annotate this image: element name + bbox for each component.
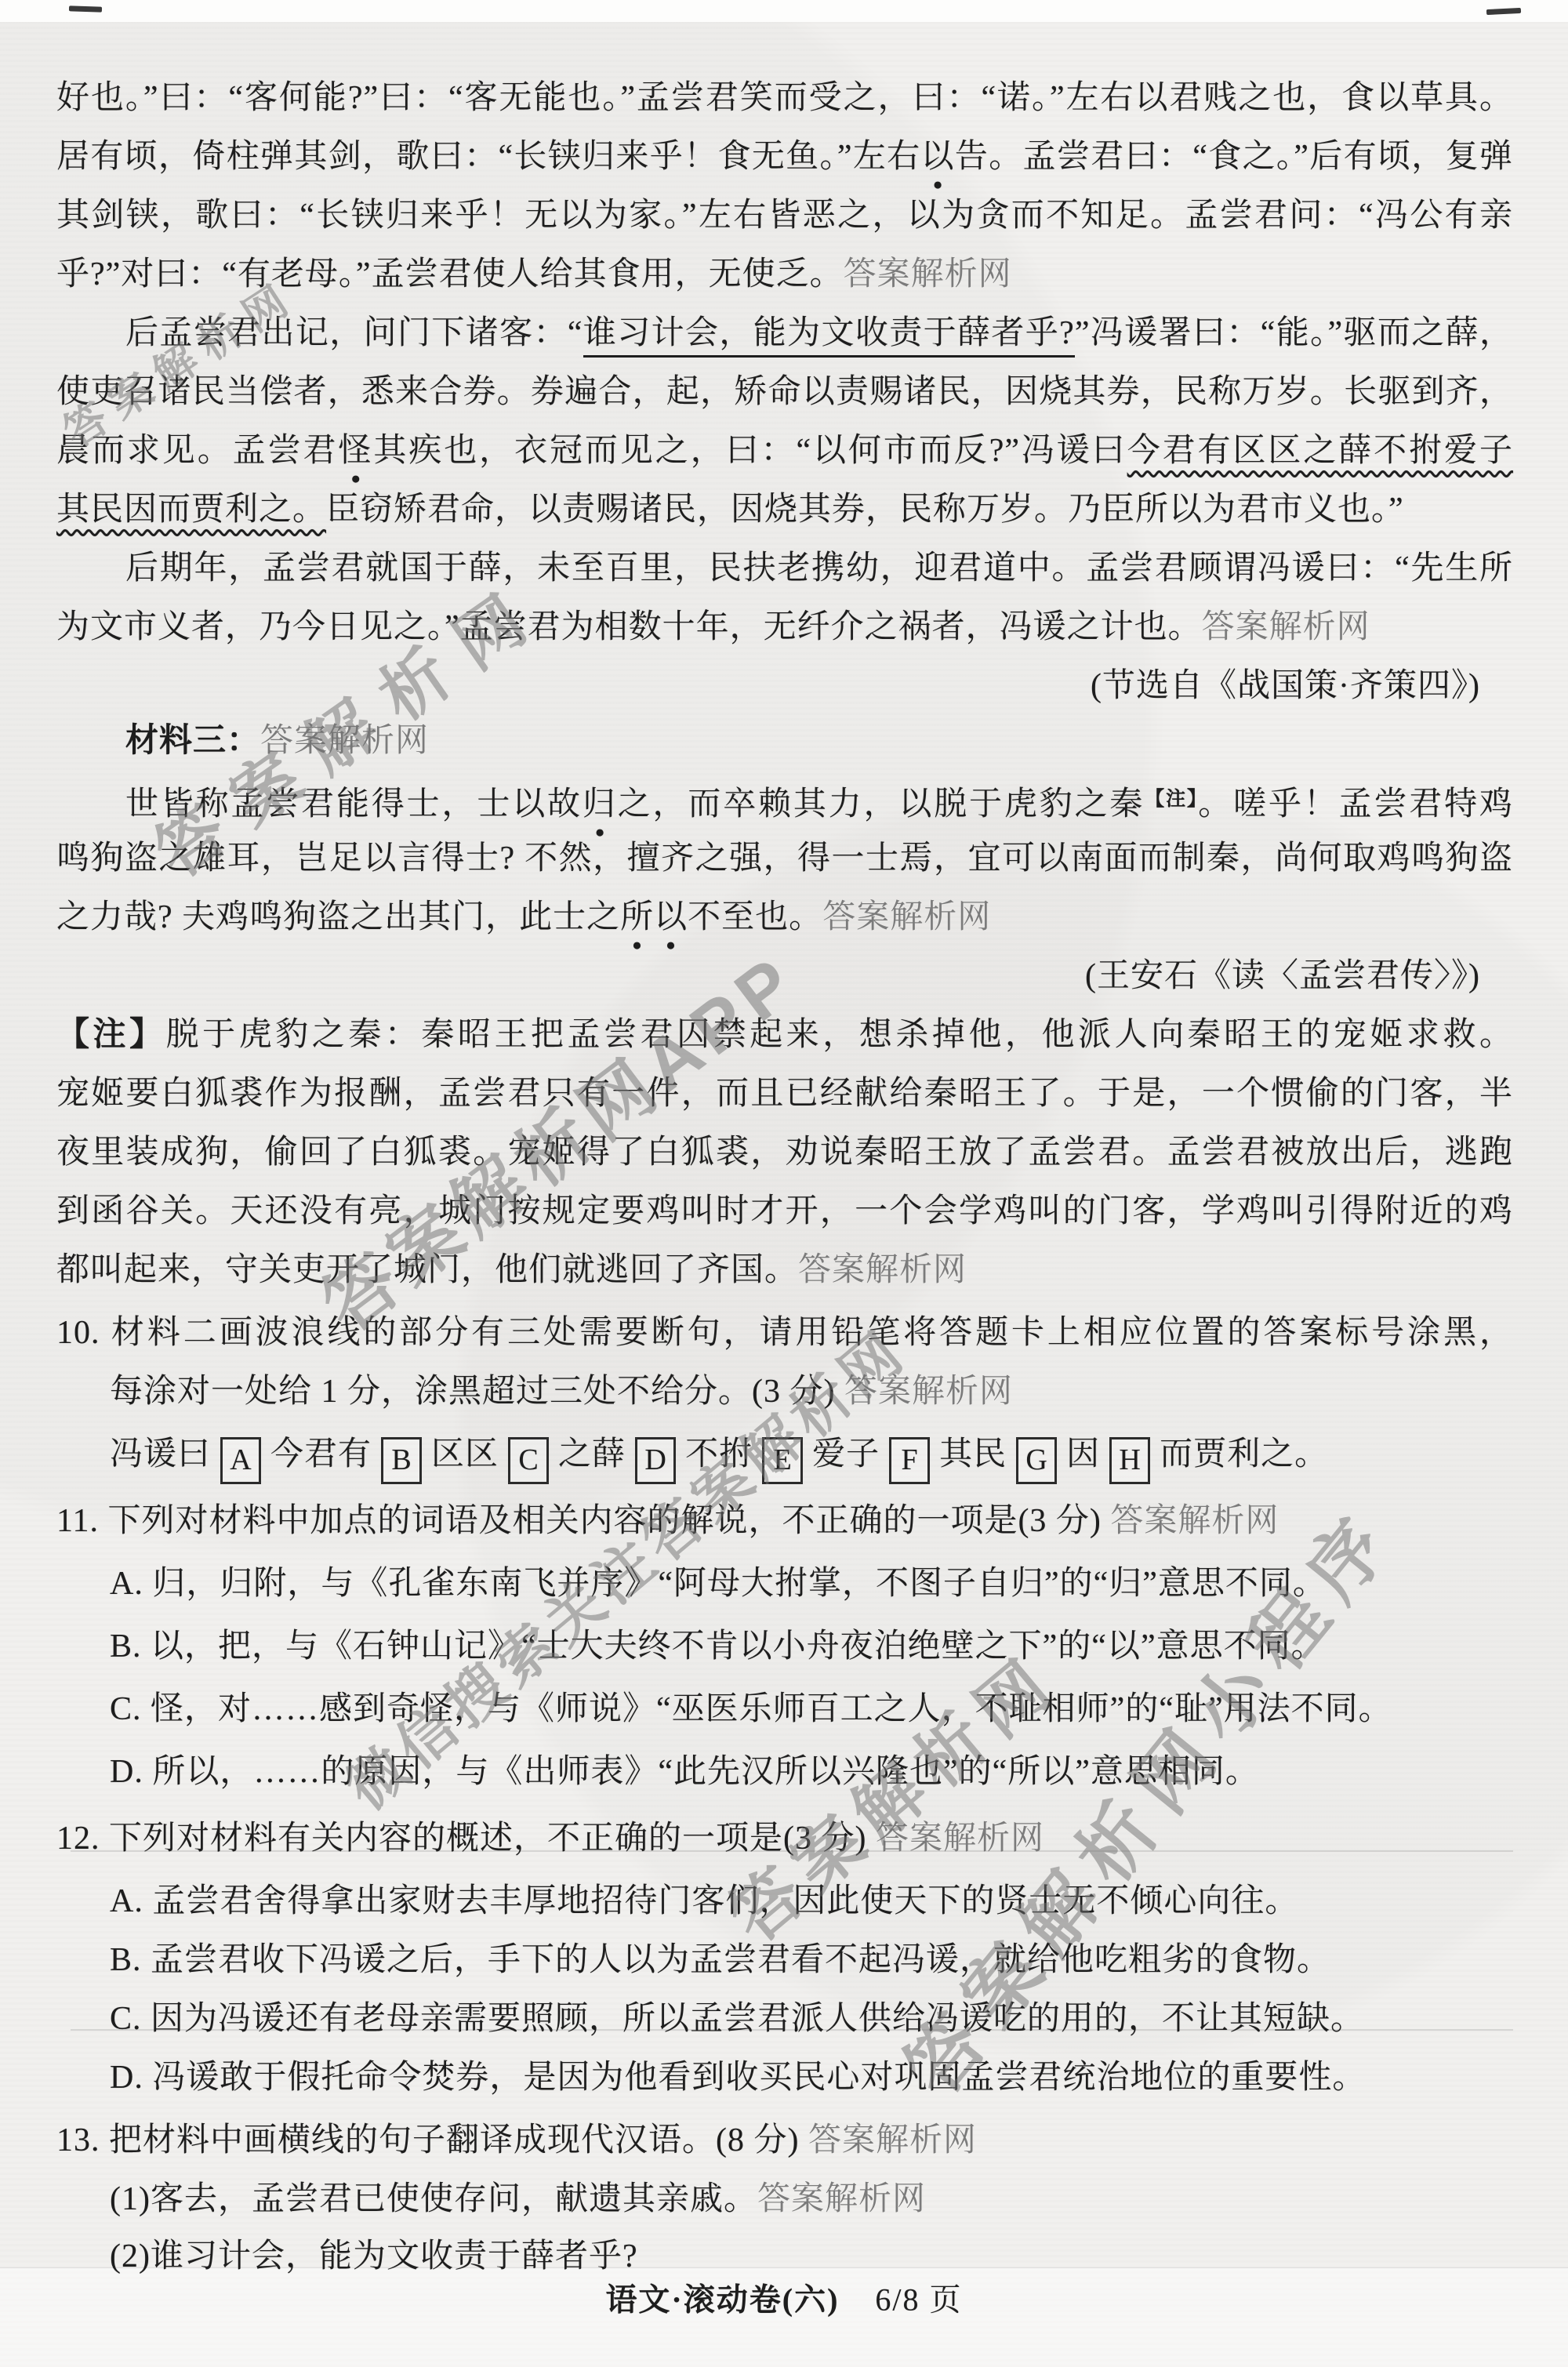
text-line: 夜里装成狗，偷回了白狐裘。宠姬得了白狐裘，劝说秦昭王放了孟尝君。孟尝君被放出后，…: [56, 1127, 1513, 1178]
text-segment: 今君有: [270, 1436, 372, 1472]
text-segment: (2)谁习计会，能为文收责于薛者乎?: [110, 2238, 638, 2274]
text-line: A. 孟尝君舍得拿出家财去丰厚地招待门客们，因此使天下的贤士无不倾心向往。: [110, 1876, 1513, 1926]
text-segment: D. 所以，……的原因，与《出师表》“此先汉所以兴隆也”的“所以”意思相同。: [110, 1754, 1259, 1790]
text-segment: 后期年，孟尝君就国于薛，未至百里，民扶老携幼，迎君道中。孟尝君顾谓冯谖曰：“先生…: [125, 550, 1513, 586]
text-line: (王安石《读〈孟尝君传〉》): [56, 951, 1513, 1001]
text-line: 鸣狗盗之雄耳，岂足以言得士? 不然，擅齐之强，得一士焉，宜可以南面而制秦，尚何取…: [56, 833, 1513, 884]
answer-box: F: [889, 1437, 930, 1484]
text-line: 乎?”对曰：“有老母。”孟尝君使人给其食用，无使乏。答案解析网: [56, 249, 1513, 300]
text-segment: 之力哉? 夫鸡鸣狗盗之出其门，此士之: [56, 899, 620, 935]
text-segment: 之，而卒赖其力，以脱于虎豹之秦: [618, 786, 1145, 822]
text-line: A. 归，归附，与《孔雀东南飞并序》“阿母大拊掌，不图子自归”的“归”意思不同。: [110, 1559, 1513, 1609]
text-segment: 谁习计会，能为文收责于薛者乎?: [583, 315, 1075, 358]
text-line: 材料三：答案解析网: [56, 716, 1513, 766]
answer-box: B: [381, 1437, 422, 1484]
text-segment: 不拊: [685, 1436, 753, 1472]
text-segment: 10. 材料二画波浪线的部分有三处需要断句，请用铅笔将答题卡上相应位置的答案标号…: [56, 1315, 1513, 1351]
text-segment: 因: [1066, 1436, 1100, 1472]
text-segment: 不至也。: [688, 899, 822, 935]
text-segment: A. 归，归附，与《孔雀东南飞并序》“阿母大拊掌，不图子自归”的“归”意思不同。: [110, 1566, 1327, 1602]
text-line: 13. 把材料中画横线的句子翻译成现代汉语。(8 分) 答案解析网: [56, 2115, 1513, 2166]
text-segment: 【注】: [56, 1017, 166, 1053]
text-line: B. 以，把，与《石钟山记》“士大夫终不肯以小舟夜泊绝壁之下”的“以”意思不同。: [110, 1621, 1513, 1672]
scan-mark-left: [69, 5, 102, 12]
text-segment: 其疾也，衣冠而见之，曰：“以何市而反?”冯谖曰: [373, 433, 1127, 469]
text-line: 为文市义者，乃今日见之。”孟尝君为相数十年，无纤介之祸者，冯谖之计也。答案解析网: [56, 602, 1513, 652]
text-segment: 晨而求见。孟尝君: [56, 433, 338, 469]
text-segment: 12. 下列对材料有关内容的概述，不正确的一项是(3 分): [56, 1821, 876, 1857]
text-segment: C. 怪，对……感到奇怪，与《师说》“巫医乐师百工之人，不耻相师”的“耻”用法不…: [110, 1691, 1392, 1727]
text-segment: 冯谖曰: [110, 1436, 211, 1472]
text-segment: B. 孟尝君收下冯谖之后，手下的人以为孟尝君看不起冯谖，就给他吃粗劣的食物。: [110, 1942, 1330, 1978]
text-segment: 13. 把材料中画横线的句子翻译成现代汉语。(8 分): [56, 2122, 808, 2158]
text-line: 宠姬要白狐裘作为报酬，孟尝君只有一件，而且已经献给秦昭王了。于是，一个惯偷的门客…: [56, 1069, 1513, 1119]
text-segment: 脱于虎豹之秦：秦昭王把孟尝君囚禁起来，想杀掉他，他派人向秦昭王的宠姬求救。: [166, 1017, 1513, 1053]
text-segment: 其剑铗，歌曰：“长铗归来乎！无以为家。”左右皆恶之，以为贪而不知足。孟尝君问：“…: [56, 198, 1513, 234]
watermark-inline-text: 答案解析网: [808, 2122, 977, 2158]
text-line: 冯谖曰A今君有B区区C之薛D不拊E爱子F其民G因H而贾利之。: [110, 1429, 1513, 1479]
watermark-inline-text: 答案解析网: [757, 2181, 926, 2217]
text-line: 12. 下列对材料有关内容的概述，不正确的一项是(3 分) 答案解析网: [56, 1813, 1513, 1864]
text-segment: 其民: [939, 1436, 1007, 1472]
text-line: 11. 下列对材料中加点的词语及相关内容的解说，不正确的一项是(3 分) 答案解…: [56, 1496, 1513, 1546]
page-footer: 语文·滚动卷(六)6/8 页: [0, 2275, 1568, 2320]
text-segment: (1)客去，孟尝君已使使存问，献遗其亲戚。: [110, 2181, 757, 2217]
text-segment: 夜里装成狗，偷回了白狐裘。宠姬得了白狐裘，劝说秦昭王放了孟尝君。孟尝君被放出后，…: [56, 1134, 1513, 1171]
text-segment: 世皆称孟尝君能得士，士以故: [125, 786, 583, 822]
text-line: 到函谷关。天还没有亮，城门按规定要鸡叫时才开，一个会学鸡叫的门客，学鸡叫引得附近…: [56, 1186, 1513, 1236]
watermark-inline-text: 答案解析网: [844, 1374, 1013, 1410]
text-line: (2)谁习计会，能为文收责于薛者乎?: [110, 2231, 1513, 2282]
text-segment: D. 冯谖敢于假托命令焚券，是因为他看到收买民心对巩固孟尝君统治地位的重要性。: [110, 2060, 1366, 2096]
text-segment: 到函谷关。天还没有亮，城门按规定要鸡叫时才开，一个会学鸡叫的门客，学鸡叫引得附近…: [56, 1193, 1513, 1229]
text-line: C. 怪，对……感到奇怪，与《师说》“巫医乐师百工之人，不耻相师”的“耻”用法不…: [110, 1684, 1513, 1734]
text-segment: 宠姬要白狐裘作为报酬，孟尝君只有一件，而且已经献给秦昭王了。于是，一个惯偷的门客…: [56, 1076, 1513, 1112]
answer-box: E: [762, 1437, 803, 1484]
watermark-inline-text: 答案解析网: [822, 899, 991, 935]
text-segment: 居有顷，倚柱弹其剑，歌曰：“长铗归来乎！食无鱼。”左右: [56, 139, 921, 175]
text-segment: 之薛: [558, 1436, 626, 1472]
text-line: D. 所以，……的原因，与《出师表》“此先汉所以兴隆也”的“所以”意思相同。: [110, 1747, 1513, 1797]
answer-box: D: [635, 1437, 676, 1484]
text-line: (节选自《战国策·齐策四》): [56, 661, 1513, 711]
answer-box: G: [1016, 1437, 1057, 1484]
text-segment: 【注】: [1145, 789, 1198, 810]
footer-page-number: 6/8 页: [875, 2282, 962, 2318]
text-segment: 材料三：: [125, 723, 260, 759]
text-segment: 好也。”曰：“客何能?”曰：“客无能也。”孟尝君笑而受之，曰：“诺。”左右以君贱…: [56, 80, 1513, 116]
text-segment: 归: [583, 786, 618, 822]
text-segment: 今君有区区之薛不拊爱子: [1127, 433, 1513, 469]
text-line: 居有顷，倚柱弹其剑，歌曰：“长铗归来乎！食无鱼。”左右以告。孟尝君曰：“食之。”…: [56, 132, 1513, 182]
text-line: 后期年，孟尝君就国于薛，未至百里，民扶老携幼，迎君道中。孟尝君顾谓冯谖曰：“先生…: [56, 543, 1513, 594]
text-line: 其民因而贾利之。臣窃矫君命，以责赐诸民，因烧其券，民称万岁。乃臣所以为君市义也。…: [56, 485, 1513, 535]
text-segment: 为文市义者，乃今日见之。”孟尝君为相数十年，无纤介之祸者，冯谖之计也。: [56, 609, 1202, 645]
text-line: 每涂对一处给 1 分，涂黑超过三处不给分。(3 分) 答案解析网: [110, 1367, 1513, 1417]
text-segment: (节选自《战国策·齐策四》): [1091, 668, 1480, 704]
text-segment: 后孟尝君出记，问门下诸客：“: [125, 315, 583, 351]
watermark-inline-text: 答案解析网: [798, 1252, 967, 1288]
exam-page-scan: { "document": { "footer": { "left": "语文·…: [0, 0, 1568, 2367]
text-segment: 使吏召诸民当偿者，悉来合券。券遍合，起，矫命以责赐诸民，因烧其券，民称万岁。长驱…: [56, 374, 1513, 410]
text-line: B. 孟尝君收下冯谖之后，手下的人以为孟尝君看不起冯谖，就给他吃粗劣的食物。: [110, 1935, 1513, 1985]
text-line: 【注】脱于虎豹之秦：秦昭王把孟尝君囚禁起来，想杀掉他，他派人向秦昭王的宠姬求救。: [56, 1010, 1513, 1060]
text-segment: ”冯谖署曰：“能。”驱而之薛，: [1075, 315, 1513, 351]
text-line: 其剑铗，歌曰：“长铗归来乎！无以为家。”左右皆恶之，以为贪而不知足。孟尝君问：“…: [56, 191, 1513, 241]
text-line: (1)客去，孟尝君已使使存问，献遗其亲戚。答案解析网: [110, 2174, 1513, 2224]
text-segment: 鸣狗盗之雄耳，岂足以言得士? 不然，擅齐之强，得一士焉，宜可以南面而制秦，尚何取…: [56, 840, 1513, 877]
text-segment: 区区: [431, 1436, 499, 1472]
watermark-inline-text: 答案解析网: [1202, 609, 1370, 645]
text-segment: 告。孟尝君曰：“食之。”后有顷，复弹: [955, 139, 1513, 175]
answer-box: A: [220, 1437, 261, 1484]
text-line: 都叫起来，守关吏开了城门，他们就逃回了齐国。答案解析网: [56, 1245, 1513, 1295]
text-segment: B. 以，把，与《石钟山记》“士大夫终不肯以小舟夜泊绝壁之下”的“以”意思不同。: [110, 1628, 1325, 1665]
text-line: 后孟尝君出记，问门下诸客：“谁习计会，能为文收责于薛者乎?”冯谖署曰：“能。”驱…: [56, 308, 1513, 358]
scan-top-edge: [0, 0, 1568, 22]
text-line: C. 因为冯谖还有老母亲需要照顾，所以孟尝君派人供给冯谖吃的用的，不让其短缺。: [110, 1994, 1513, 2044]
text-segment: (王安石《读〈孟尝君传〉》): [1085, 958, 1480, 994]
text-segment: A. 孟尝君舍得拿出家财去丰厚地招待门客们，因此使天下的贤士无不倾心向往。: [110, 1883, 1298, 1919]
text-segment: 而贾利之。: [1160, 1436, 1328, 1472]
text-segment: C. 因为冯谖还有老母亲需要照顾，所以孟尝君派人供给冯谖吃的用的，不让其短缺。: [110, 2001, 1364, 2037]
answer-box: C: [508, 1437, 549, 1484]
text-segment: 乎?”对曰：“有老母。”孟尝君使人给其食用，无使乏。: [56, 256, 844, 292]
footer-title: 语文·滚动卷(六): [605, 2282, 839, 2318]
text-line: 使吏召诸民当偿者，悉来合券。券遍合，起，矫命以责赐诸民，因烧其券，民称万岁。长驱…: [56, 367, 1513, 417]
text-segment: 11. 下列对材料中加点的词语及相关内容的解说，不正确的一项是(3 分): [56, 1503, 1110, 1539]
text-segment: 其民因而贾利之。: [56, 492, 326, 528]
text-line: D. 冯谖敢于假托命令焚券，是因为他看到收买民心对巩固孟尝君统治地位的重要性。: [110, 2053, 1513, 2103]
text-line: 之力哉? 夫鸡鸣狗盗之出其门，此士之所以不至也。答案解析网: [56, 892, 1513, 942]
text-line: 10. 材料二画波浪线的部分有三处需要断句，请用铅笔将答题卡上相应位置的答案标号…: [56, 1308, 1513, 1358]
text-segment: 。嗟乎！孟尝君特鸡: [1198, 786, 1513, 822]
watermark-inline-text: 答案解析网: [876, 1821, 1044, 1857]
text-line: 世皆称孟尝君能得士，士以故归之，而卒赖其力，以脱于虎豹之秦【注】。嗟乎！孟尝君特…: [56, 775, 1513, 825]
text-segment: 都叫起来，守关吏开了城门，他们就逃回了齐国。: [56, 1252, 798, 1288]
watermark-inline-text: 答案解析网: [260, 723, 429, 759]
text-segment: 每涂对一处给 1 分，涂黑超过三处不给分。(3 分): [110, 1374, 844, 1410]
answer-box: H: [1109, 1437, 1150, 1484]
text-segment: 怪: [338, 433, 373, 469]
watermark-inline-text: 答案解析网: [1110, 1503, 1279, 1539]
text-segment: 爱子: [812, 1436, 880, 1472]
watermark-inline-text: 答案解析网: [844, 256, 1012, 292]
text-segment: 所以: [620, 899, 688, 935]
text-segment: 臣窃矫君命，以责赐诸民，因烧其券，民称万岁。乃臣所以为君市义也。”: [326, 492, 1404, 528]
text-line: 晨而求见。孟尝君怪其疾也，衣冠而见之，曰：“以何市而反?”冯谖曰今君有区区之薛不…: [56, 426, 1513, 476]
text-line: 好也。”曰：“客何能?”曰：“客无能也。”孟尝君笑而受之，曰：“诺。”左右以君贱…: [56, 73, 1513, 123]
text-segment: 以: [921, 139, 955, 175]
